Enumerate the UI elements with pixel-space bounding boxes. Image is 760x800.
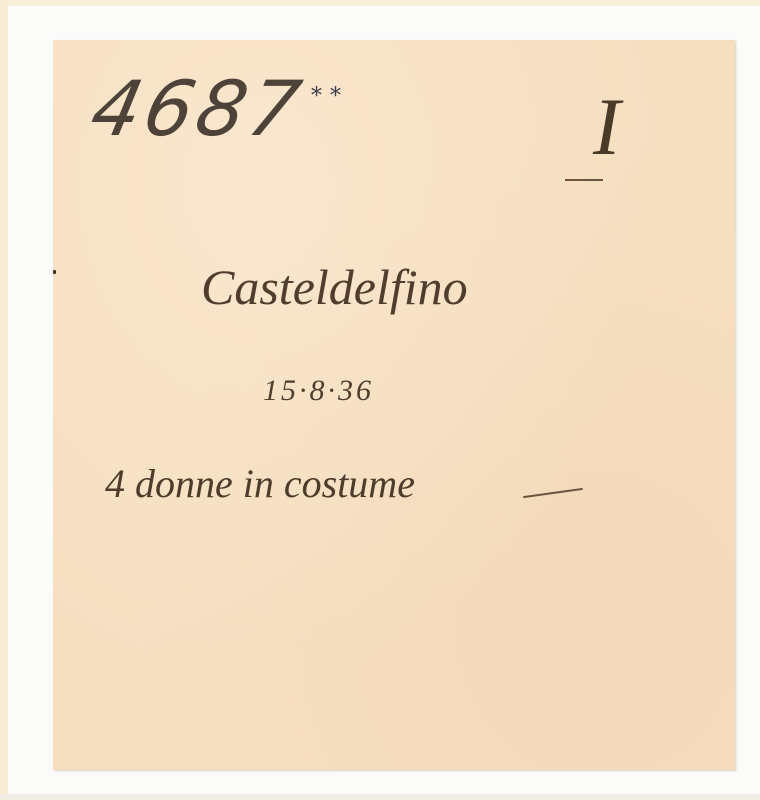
mount-edge-bottom [0,794,760,800]
place-name: Casteldelfino [201,258,468,316]
volume-underline [565,179,603,181]
caption: 4 donne in costume [105,460,415,507]
mount-edge-left [0,0,8,800]
caption-flourish [523,488,583,498]
archival-card: 4687 ** I Casteldelfino 15·8·36 4 donne … [53,40,735,770]
catalog-number: 4687 [84,64,312,153]
star-marks: ** [311,84,349,109]
date: 15·8·36 [263,374,374,408]
mount-edge-top [0,0,760,6]
ink-dot [53,270,56,274]
volume-numeral: I [593,80,620,174]
